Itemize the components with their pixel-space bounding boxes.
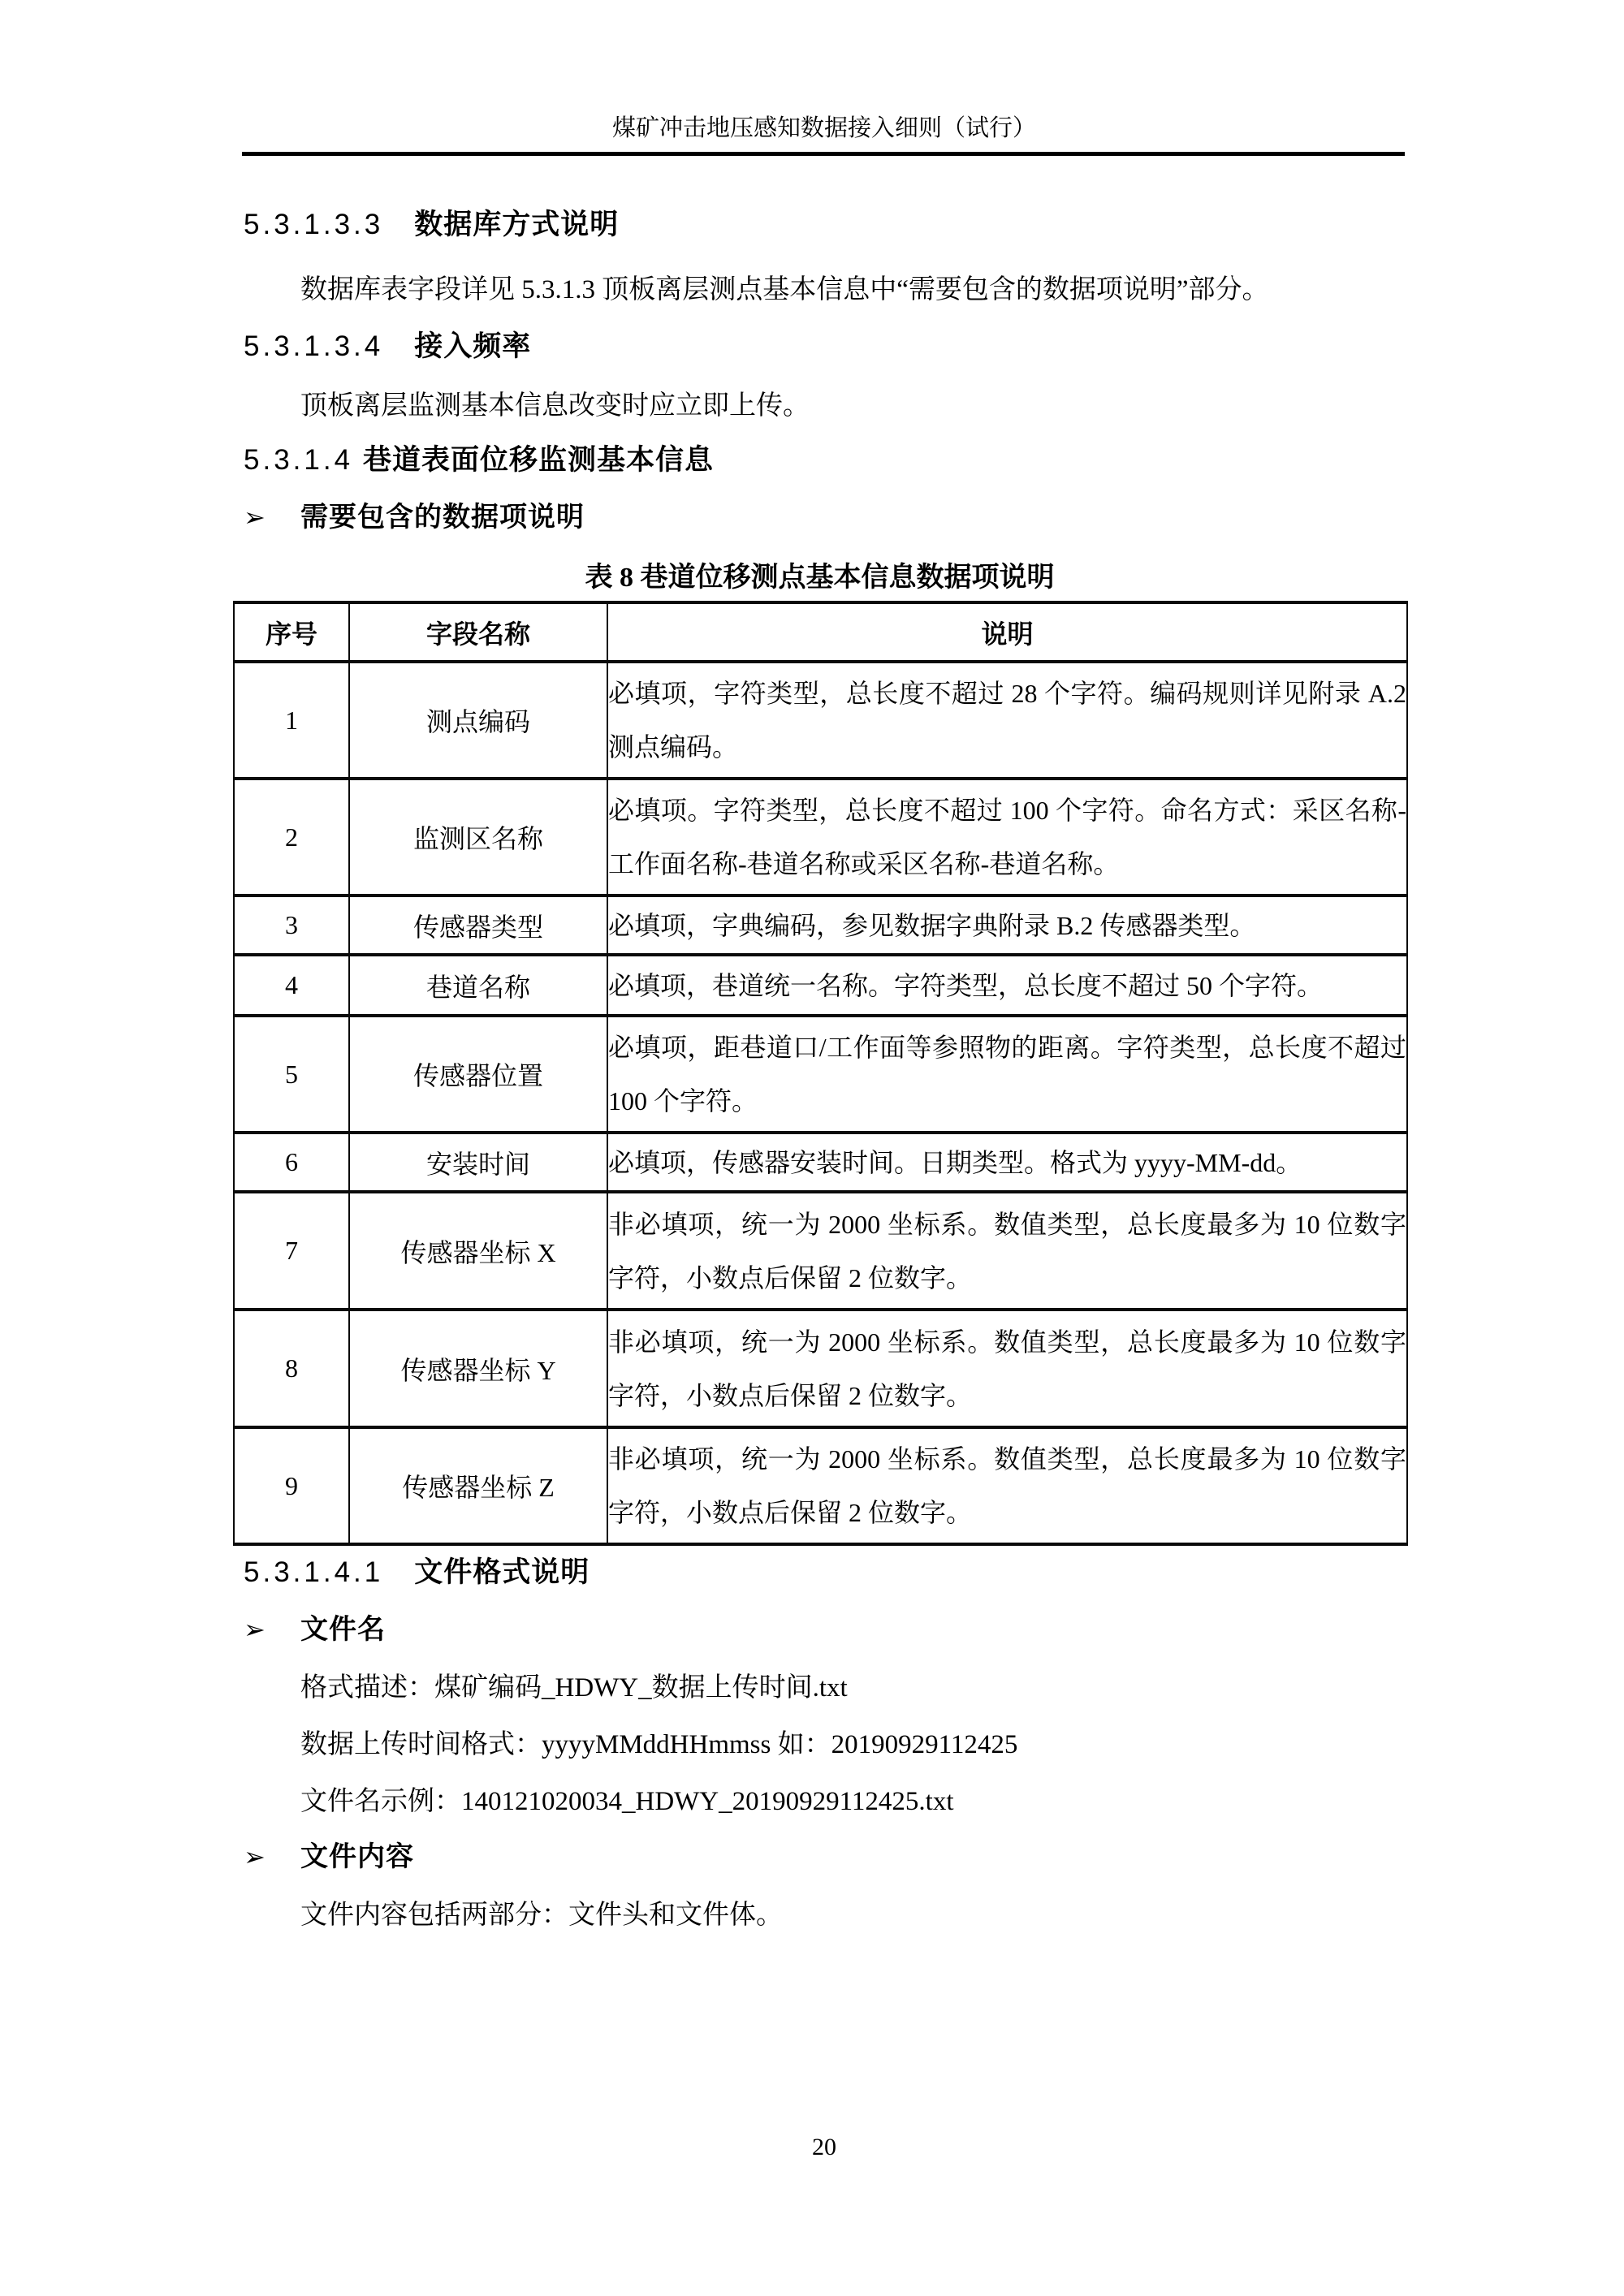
row-field: 传感器坐标 X [349,1192,607,1310]
table-header-no: 序号 [234,602,349,662]
table-row: 5 传感器位置 必填项，距巷道口/工作面等参照物的距离。字符类型，总长度不超过 … [234,1016,1407,1133]
arrow-bullet-icon: ➢ [244,500,300,534]
row-no: 2 [234,779,349,896]
row-no: 9 [234,1427,349,1544]
row-desc: 非必填项，统一为 2000 坐标系。数值类型，总长度最多为 10 位数字字符，小… [607,1192,1407,1310]
data-items-table: 序号 字段名称 说明 1 测点编码 必填项，字符类型，总长度不超过 28 个字符… [233,601,1408,1546]
arrow-bullet-icon: ➢ [244,1612,300,1646]
bullet-label: 需要包含的数据项说明 [300,502,585,533]
section-heading-5-3-1-3-3: 5.3.1.3.3数据库方式说明 [244,208,619,242]
row-field: 传感器类型 [349,896,607,955]
section-heading-5-3-1-4: 5.3.1.4巷道表面位移监测基本信息 [244,443,714,477]
section-number: 5.3.1.4 [244,444,353,476]
row-no: 4 [234,955,349,1016]
row-no: 7 [234,1192,349,1310]
row-field: 传感器坐标 Z [349,1427,607,1544]
row-field: 测点编码 [349,662,607,779]
table-row: 8 传感器坐标 Y 非必填项，统一为 2000 坐标系。数值类型，总长度最多为 … [234,1310,1407,1427]
table-header-row: 序号 字段名称 说明 [234,602,1407,662]
row-desc: 必填项，传感器安装时间。日期类型。格式为 yyyy-MM-dd。 [607,1133,1407,1192]
table-row: 1 测点编码 必填项，字符类型，总长度不超过 28 个字符。编码规则详见附录 A… [234,662,1407,779]
page-number: 20 [244,2134,1405,2161]
row-no: 6 [234,1133,349,1192]
section-number: 5.3.1.3.3 [244,209,383,240]
arrow-bullet-icon: ➢ [244,1840,300,1874]
bullet-file-content: ➢文件内容 [244,1840,414,1875]
doc-header-title: 煤矿冲击地压感知数据接入细则（试行） [244,114,1405,143]
file-format-description: 格式描述：煤矿编码_HDWY_数据上传时间.txt [300,1671,848,1705]
paragraph-database-fields: 数据库表字段详见 5.3.1.3 顶板离层测点基本信息中“需要包含的数据项说明”… [300,273,1269,307]
row-desc: 必填项。字符类型，总长度不超过 100 个字符。命名方式：采区名称-工作面名称-… [607,779,1407,896]
document-page: 煤矿冲击地压感知数据接入细则（试行） 5.3.1.3.3数据库方式说明 数据库表… [0,0,1624,2296]
row-field: 安装时间 [349,1133,607,1192]
bullet-label: 文件名 [300,1614,386,1645]
file-name-example: 文件名示例：140121020034_HDWY_20190929112425.t… [300,1785,954,1819]
section-title: 数据库方式说明 [414,209,619,240]
table-caption: 表 8 巷道位移测点基本信息数据项说明 [233,555,1406,594]
section-heading-5-3-1-4-1: 5.3.1.4.1文件格式说明 [244,1556,590,1590]
section-title: 接入频率 [414,330,531,362]
row-no: 3 [234,896,349,955]
section-title: 文件格式说明 [414,1556,590,1588]
row-field: 传感器坐标 Y [349,1310,607,1427]
table-row: 4 巷道名称 必填项，巷道统一名称。字符类型，总长度不超过 50 个字符。 [234,955,1407,1016]
table-row: 3 传感器类型 必填项，字典编码，参见数据字典附录 B.2 传感器类型。 [234,896,1407,955]
row-field: 巷道名称 [349,955,607,1016]
row-desc: 必填项，距巷道口/工作面等参照物的距离。字符类型，总长度不超过 100 个字符。 [607,1016,1407,1133]
bullet-file-name: ➢文件名 [244,1612,386,1647]
table-row: 9 传感器坐标 Z 非必填项，统一为 2000 坐标系。数值类型，总长度最多为 … [234,1427,1407,1544]
paragraph-upload-frequency: 顶板离层监测基本信息改变时应立即上传。 [300,389,810,423]
section-number: 5.3.1.4.1 [244,1556,383,1588]
row-field: 传感器位置 [349,1016,607,1133]
row-desc: 必填项，字典编码，参见数据字典附录 B.2 传感器类型。 [607,896,1407,955]
table-header-field: 字段名称 [349,602,607,662]
table-row: 2 监测区名称 必填项。字符类型，总长度不超过 100 个字符。命名方式：采区名… [234,779,1407,896]
row-desc: 必填项，巷道统一名称。字符类型，总长度不超过 50 个字符。 [607,955,1407,1016]
table-row: 6 安装时间 必填项，传感器安装时间。日期类型。格式为 yyyy-MM-dd。 [234,1133,1407,1192]
bullet-label: 文件内容 [300,1841,414,1872]
section-number: 5.3.1.3.4 [244,330,383,362]
paragraph-file-content: 文件内容包括两部分：文件头和文件体。 [300,1898,783,1932]
file-upload-time-format: 数据上传时间格式：yyyyMMddHHmmss 如：20190929112425 [300,1728,1017,1762]
section-title: 巷道表面位移监测基本信息 [363,444,714,476]
bullet-data-items: ➢需要包含的数据项说明 [244,500,585,535]
doc-header-rule [242,152,1405,156]
row-desc: 必填项，字符类型，总长度不超过 28 个字符。编码规则详见附录 A.2 测点编码… [607,662,1407,779]
row-desc: 非必填项，统一为 2000 坐标系。数值类型，总长度最多为 10 位数字字符，小… [607,1427,1407,1544]
row-desc: 非必填项，统一为 2000 坐标系。数值类型，总长度最多为 10 位数字字符，小… [607,1310,1407,1427]
section-heading-5-3-1-3-4: 5.3.1.3.4接入频率 [244,330,531,364]
table-row: 7 传感器坐标 X 非必填项，统一为 2000 坐标系。数值类型，总长度最多为 … [234,1192,1407,1310]
row-no: 5 [234,1016,349,1133]
row-no: 1 [234,662,349,779]
row-no: 8 [234,1310,349,1427]
table-header-desc: 说明 [607,602,1407,662]
row-field: 监测区名称 [349,779,607,896]
